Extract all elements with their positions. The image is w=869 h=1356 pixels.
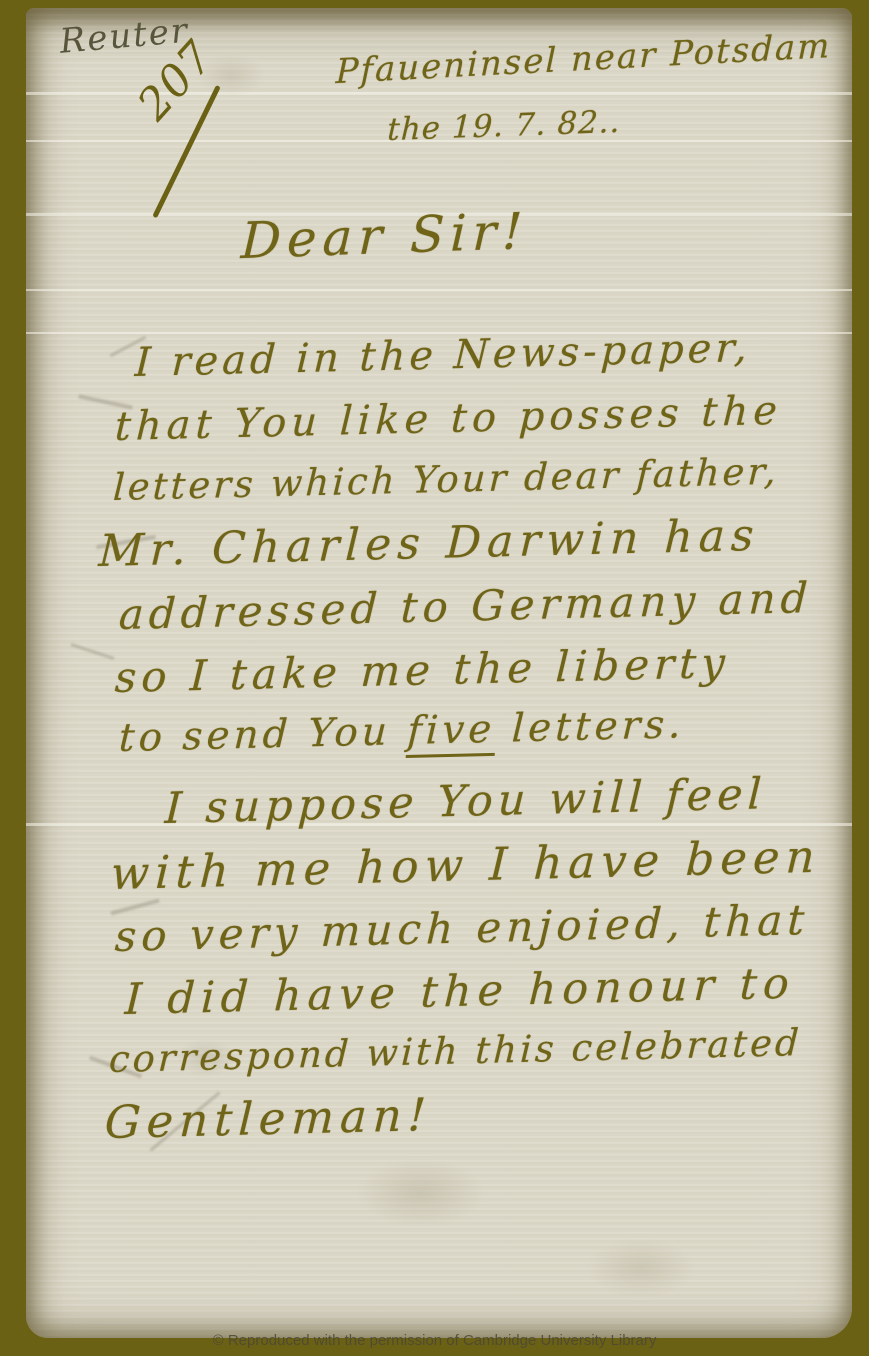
body-line: Gentleman!	[104, 1088, 434, 1149]
underlined-word: five	[406, 707, 496, 758]
body-line-post: letters.	[494, 702, 685, 752]
paper-stain	[356, 1158, 486, 1228]
copyright-line: © Reproduced with the permission of Camb…	[213, 1332, 657, 1349]
body-line-pre: to send You	[118, 709, 408, 761]
scan-streak	[26, 289, 852, 291]
salutation: Dear Sir!	[240, 202, 529, 270]
paper-stain	[586, 1238, 696, 1298]
